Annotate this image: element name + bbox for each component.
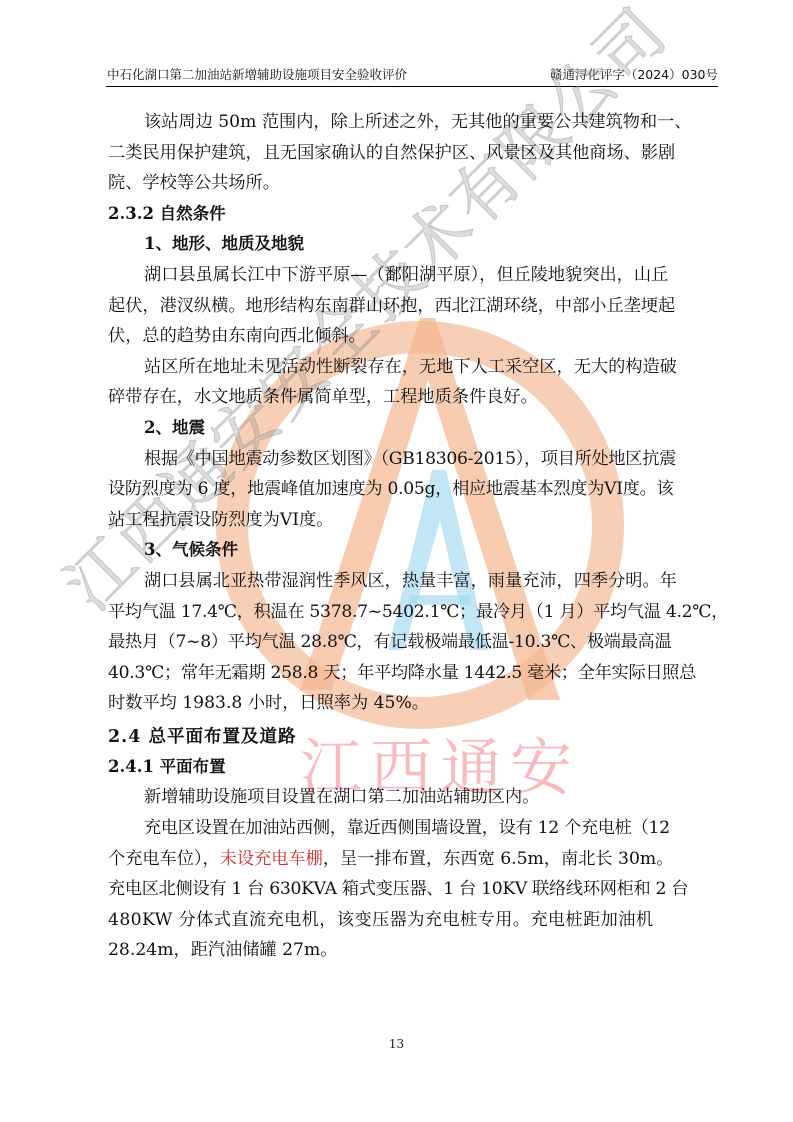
text-segment: 个充电车位）， <box>108 849 220 869</box>
paragraph-line: 充电区设置在加油站西侧，靠近西侧围墙设置，设有 12 个充电桩（12 <box>108 813 720 844</box>
document-page: 江西通安安全技术有限公司 江西通安 中石化湖口第二加油站新增辅助设施项目安全验收… <box>0 0 793 1122</box>
paragraph-line: 个充电车位），未设充电车棚，呈一排布置，东西宽 6.5m，南北长 30m。 <box>108 844 720 875</box>
paragraph-line: 湖口县属北亚热带湿润性季风区，热量丰富，雨量充沛，四季分明。年 <box>108 566 720 597</box>
paragraph-line: 伏，总的趋势由东南向西北倾斜。 <box>108 321 720 352</box>
header-reference-number: 赣通浔化评字（2024）030号 <box>550 66 718 84</box>
subheading-climate: 3、气候条件 <box>108 535 720 566</box>
section-heading-2-4: 2.4 总平面布置及道路 <box>108 719 720 752</box>
paragraph-line: 湖口县虽属长江中下游平原—（鄱阳湖平原），但丘陵地貌突出，山丘 <box>108 260 720 291</box>
paragraph-line: 设防烈度为 6 度，地震峰值加速度为 0.05g，相应地震基本烈度为VI度。该 <box>108 474 720 505</box>
header-document-title: 中石化湖口第二加油站新增辅助设施项目安全验收评价 <box>107 66 407 84</box>
paragraph-line: 40.3℃；常年无霜期 258.8 天；年平均降水量 1442.5 毫米；全年实… <box>108 658 720 689</box>
paragraph-line: 最热月（7~8）平均气温 28.8℃，有记载极端最低温-10.3℃、极端最高温 <box>108 627 720 658</box>
paragraph-line: 二类民用保护建筑，且无国家确认的自然保护区、风景区及其他商场、影剧 <box>108 138 720 169</box>
paragraph-line: 480KW 分体式直流充电机，该变压器为充电桩专用。充电桩距加油机 <box>108 905 720 936</box>
paragraph-line: 起伏，港汊纵横。地形结构东南群山环抱，西北江湖环绕，中部小丘垄埂起 <box>108 291 720 322</box>
paragraph-line: 站工程抗震设防烈度为VI度。 <box>108 505 720 536</box>
page-header: 中石化湖口第二加油站新增辅助设施项目安全验收评价 赣通浔化评字（2024）030… <box>106 66 718 87</box>
paragraph-line: 院、学校等公共场所。 <box>108 168 720 199</box>
paragraph-line: 根据《中国地震动参数区划图》（GB18306-2015），项目所处地区抗震 <box>108 444 720 475</box>
document-body: 该站周边 50m 范围内，除上所述之外，无其他的重要公共建筑物和一、 二类民用保… <box>108 107 720 966</box>
section-heading-2-4-1: 2.4.1 平面布置 <box>108 752 720 783</box>
paragraph-line: 站区所在地址未见活动性断裂存在，无地下人工采空区，无大的构造破 <box>108 352 720 383</box>
paragraph-line: 充电区北侧设有 1 台 630KVA 箱式变压器、1 台 10KV 联络线环网柜… <box>108 874 720 905</box>
paragraph-line: 该站周边 50m 范围内，除上所述之外，无其他的重要公共建筑物和一、 <box>108 107 720 138</box>
page-number: 13 <box>0 1037 793 1051</box>
subheading-earthquake: 2、地震 <box>108 413 720 444</box>
subheading-terrain: 1、地形、地质及地貌 <box>108 229 720 260</box>
paragraph-line: 28.24m，距汽油储罐 27m。 <box>108 935 720 966</box>
paragraph-line: 碎带存在，水文地质条件属简单型，工程地质条件良好。 <box>108 382 720 413</box>
highlighted-text: 未设充电车棚 <box>220 849 323 869</box>
paragraph-line: 时数平均 1983.8 小时，日照率为 45%。 <box>108 688 720 719</box>
paragraph-line: 平均气温 17.4℃，积温在 5378.7~5402.1℃；最冷月（1 月）平均… <box>108 597 720 628</box>
section-heading-2-3-2: 2.3.2 自然条件 <box>108 199 720 230</box>
text-segment: ，呈一排布置，东西宽 6.5m，南北长 30m。 <box>323 849 674 869</box>
paragraph-line: 新增辅助设施项目设置在湖口第二加油站辅助区内。 <box>108 782 720 813</box>
